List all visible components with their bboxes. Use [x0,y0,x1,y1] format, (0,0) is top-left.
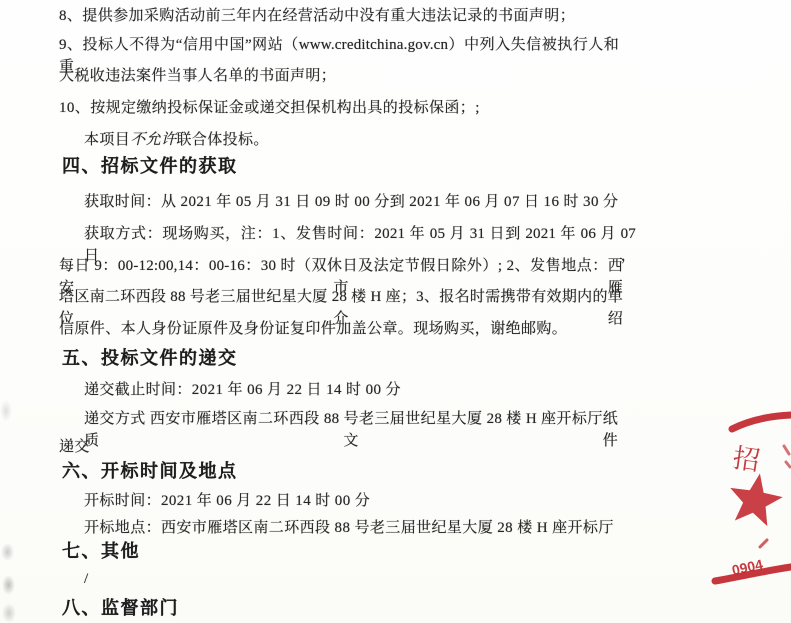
bid-open-time: 开标时间：2021 年 06 月 22 日 14 时 00 分 [84,490,370,512]
section-heading-4: 四、招标文件的获取 [62,154,238,178]
bid-open-place: 开标地点：西安市雁塔区南二环西段 88 号老三届世纪星大厦 28 楼 H 座开标… [84,517,614,539]
joint-bid-suffix: 联合体投标。 [176,132,268,148]
section-heading-8: 八、监督部门 [62,596,179,620]
section-7-content: / [84,568,89,590]
seal-character: 招 [731,443,762,476]
clause-10: 10、按规定缴纳投标保证金或递交担保机构出具的投标保函；; [59,97,480,119]
section-heading-5: 五、投标文件的递交 [62,346,238,370]
seal-digits: 0904 [730,556,764,578]
seal-fragment-stroke-right [784,446,790,467]
scan-smudge [2,603,16,623]
document-page: 8、提供参加采购活动前三年内在经营活动中没有重大违法记录的书面声明； 9、投标人… [0,0,791,623]
section-heading-6: 六、开标时间及地点 [62,459,238,483]
acquire-time: 获取时间：从 2021 年 05 月 31 日 09 时 00 分到 2021 … [84,191,618,213]
official-seal-stamp: 招 0904 [708,410,791,590]
seal-fragment-stroke [760,540,767,547]
submit-method-line1: 递交方式 西安市雁塔区南二环西段 88 号老三届世纪星大厦 28 楼 H 座开标… [84,408,618,452]
red-star-icon [729,471,787,531]
scan-smudge [0,400,12,422]
acquire-method-line4: 信原件、本人身份证原件及身份证复印件加盖公章。现场购买，谢绝邮购。 [59,318,567,340]
joint-bid-statement: 本项目不允许联合体投标。 [84,129,269,151]
scan-smudge [2,575,15,595]
clause-9-line2: 大税收违法案件当事人名单的书面声明； [59,65,336,87]
section-heading-7: 七、其他 [62,539,140,563]
submit-deadline: 递交截止时间：2021 年 06 月 22 日 14 时 00 分 [84,379,401,401]
submit-method-line2: 递交 [59,436,90,458]
seal-bottom-arc [715,567,791,581]
seal-top-arc [732,415,791,429]
joint-bid-emphasis: 不允许 [130,132,176,148]
scan-smudge [1,543,14,561]
clause-8: 8、提供参加采购活动前三年内在经营活动中没有重大违法记录的书面声明； [59,5,575,27]
joint-bid-prefix: 本项目 [84,132,130,148]
